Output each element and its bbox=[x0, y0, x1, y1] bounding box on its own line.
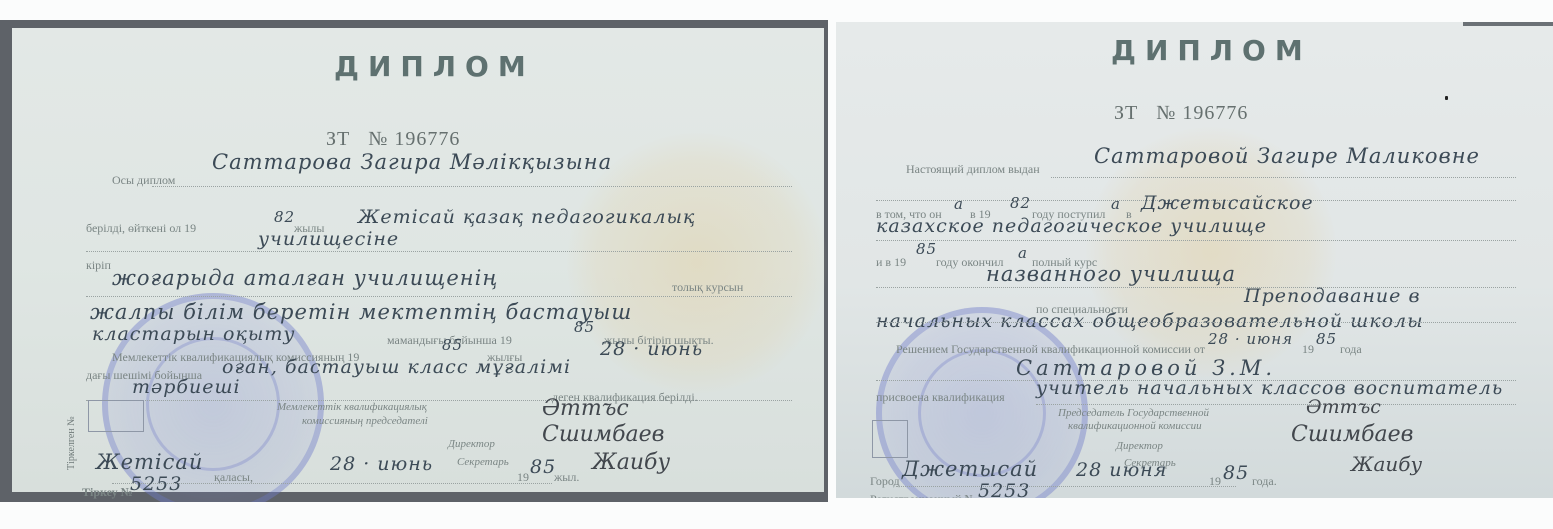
fill-line bbox=[876, 240, 1516, 241]
qualification-line-2: тәрбиеші bbox=[132, 376, 241, 398]
graduation-year: 85 bbox=[574, 318, 595, 336]
diploma-kazakh: ДИПЛОМ ЗТ № 196776 Осы диплом Саттарова … bbox=[0, 20, 828, 502]
fill-line bbox=[1051, 177, 1516, 178]
specialty-line-1: Преподавание в bbox=[1244, 285, 1421, 307]
gender-suffix-2: а bbox=[1111, 195, 1121, 213]
series: ЗТ bbox=[1114, 102, 1138, 124]
commission-date: 28 · июня bbox=[1208, 330, 1293, 348]
label-year-suffix: жыл. bbox=[554, 470, 579, 485]
diploma-paper: ДИПЛОМ ЗТ № 196776 Осы диплом Саттарова … bbox=[12, 28, 824, 492]
graduation-year: 85 bbox=[916, 240, 937, 258]
diploma-title: ДИПЛОМ bbox=[1111, 34, 1312, 67]
recipient-name: Саттаровой Загире Маликовне bbox=[1094, 144, 1480, 168]
label-chairman-1: Мемлекеттік квалификациялық bbox=[277, 401, 427, 413]
fill-line bbox=[896, 486, 1236, 487]
stamp-box bbox=[872, 420, 908, 458]
institution-line-2: казахское педагогическое училище bbox=[876, 215, 1267, 237]
qualification-line-1: оған, бастауыш класс мұғалімі bbox=[222, 356, 571, 378]
fill-line bbox=[1036, 404, 1516, 405]
diploma-number: ЗТ № 196776 bbox=[1114, 102, 1248, 125]
fill-line bbox=[86, 296, 792, 297]
recipient-name: Саттарова Загира Мәлікқызына bbox=[212, 150, 612, 174]
commission-year: 85 bbox=[1316, 330, 1337, 348]
chairman-signature: Əттъс bbox=[542, 396, 629, 421]
paper-edge bbox=[1463, 22, 1553, 26]
issue-year: 85 bbox=[1223, 462, 1249, 484]
series: ЗТ bbox=[326, 128, 350, 150]
label-entered: кіріп bbox=[86, 258, 111, 273]
director-signature: Сшимбаев bbox=[542, 422, 664, 447]
institution-line-1: Джетысайское bbox=[1141, 192, 1314, 214]
fill-line bbox=[152, 186, 792, 187]
label-finished-in: и в 19 bbox=[876, 255, 906, 270]
secretary-signature: Жаибу bbox=[1351, 452, 1422, 476]
commission-year: 85 bbox=[442, 336, 463, 354]
label-given-because: берілді, өйткені ол 19 bbox=[86, 221, 196, 236]
diploma-title: ДИПЛОМ bbox=[334, 50, 535, 83]
label-year: года bbox=[1340, 342, 1362, 357]
label-issued-to: Настоящий диплом выдан bbox=[906, 162, 1040, 177]
stamp-box bbox=[88, 400, 144, 432]
label-secretary: Секретарь bbox=[457, 456, 509, 468]
issue-date: 28 июня bbox=[1076, 459, 1167, 481]
issue-city: Джетысай bbox=[902, 457, 1038, 481]
fill-line bbox=[876, 322, 1516, 323]
gender-suffix-1: а bbox=[954, 195, 964, 213]
label-chairman-1: Председатель Государственной bbox=[1058, 407, 1209, 419]
specialty-line-2: начальных классах общеобразовательной шк… bbox=[876, 310, 1424, 332]
secretary-signature: Жаибу bbox=[592, 450, 670, 475]
serial-number: 196776 bbox=[1182, 102, 1248, 124]
issue-city: Жетісай bbox=[96, 450, 203, 474]
label-chairman-2: квалификационной комиссии bbox=[1068, 420, 1202, 432]
diploma-russian: ДИПЛОМ ЗТ № 196776 Настоящий диплом выда… bbox=[836, 22, 1553, 498]
gender-suffix-3: а bbox=[1018, 244, 1028, 262]
commission-date: 28 · июнь bbox=[600, 338, 703, 360]
number-sign: № bbox=[1156, 102, 1176, 124]
institution-line-1: Жетісай қазақ педагогикалық bbox=[358, 206, 695, 228]
label-assigned-qualification: присвоена квалификация bbox=[876, 390, 1005, 405]
label-registration: Регистрационный № bbox=[870, 492, 976, 498]
institution-line-2: училищесіне bbox=[258, 228, 399, 250]
specialty-line-2: кластарын оқыту bbox=[92, 323, 295, 345]
entry-year: 82 bbox=[274, 208, 295, 226]
label-director: Директор bbox=[1116, 440, 1163, 452]
diploma-number: ЗТ № 196776 bbox=[326, 128, 460, 151]
specialty-line-1: жалпы білім беретін мектептің бастауыш bbox=[90, 300, 632, 324]
course-line-1: жоғарыда аталған училищенің bbox=[112, 266, 498, 290]
label-year-suffix: года. bbox=[1252, 474, 1277, 489]
registration-number: 5253 bbox=[130, 473, 182, 495]
label-chairman-2: комиссияның председателі bbox=[302, 415, 428, 427]
issue-date: 28 · июнь bbox=[330, 453, 433, 475]
number-sign: № bbox=[368, 128, 388, 150]
qualification: учитель начальных классов воспитатель bbox=[1036, 377, 1503, 399]
fill-line bbox=[86, 251, 792, 252]
vertical-margin-label: Тіркелген № bbox=[66, 416, 77, 470]
label-director: Директор bbox=[448, 438, 495, 450]
label-date-year: 19 bbox=[1302, 342, 1314, 357]
issue-year: 85 bbox=[530, 456, 556, 478]
serial-number: 196776 bbox=[394, 128, 460, 150]
label-registration: Тіркеу № bbox=[82, 485, 133, 500]
course-of: названного училища bbox=[986, 262, 1236, 286]
chairman-signature: Əттъс bbox=[1306, 396, 1381, 418]
speck bbox=[1445, 96, 1448, 100]
label-full-course: толық курсын bbox=[672, 280, 743, 295]
entry-year: 82 bbox=[1010, 194, 1031, 212]
director-signature: Сшимбаев bbox=[1291, 422, 1413, 447]
label-commission: Решением Государственной квалификационно… bbox=[896, 342, 1205, 357]
registration-number: 5253 bbox=[978, 480, 1030, 498]
